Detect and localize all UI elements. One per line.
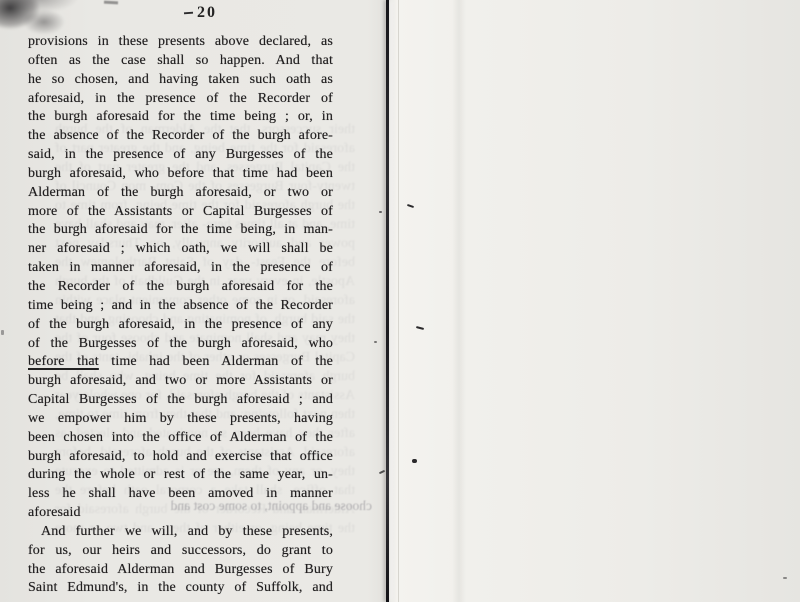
text-line: for us, our heirs and successors, do gra… (28, 542, 333, 561)
left-page: 20 their successors, that the Alderman o… (0, 0, 389, 602)
text-line: And further we will, and by these presen… (28, 523, 333, 542)
text-line: provisions in these presents above decla… (28, 33, 333, 52)
text-line: of the burgh aforesaid, in the presence … (28, 316, 333, 335)
page-gutter-shadow (386, 0, 389, 602)
text-line: the burgh aforesaid for the time being ;… (28, 108, 333, 127)
text-line: of the Burgesses of the burgh aforesaid,… (28, 335, 333, 354)
right-page: 21 provisions in these presents above de… (391, 0, 800, 602)
text-line: before that time had been Alderman of th… (28, 353, 333, 372)
text-line: burgh aforesaid, to hold and exercise th… (28, 448, 333, 467)
text-line: Alderman of the burgh aforesaid, or two … (28, 184, 333, 203)
text-line: burgh aforesaid, and two or more Assista… (28, 372, 333, 391)
text-line: we empower him by these presents, having (28, 410, 333, 429)
text-line: during the whole or rest of the same yea… (28, 466, 333, 485)
text-line: he so chosen, and having taken such oath… (28, 71, 333, 90)
text-line: been chosen into the office of Alderman … (28, 429, 333, 448)
text-line: less he shall have been amoved in manner (28, 485, 333, 504)
text-line: burgh aforesaid, who before that time ha… (28, 165, 333, 184)
text-line: Capital Burgesses of the burgh aforesaid… (28, 391, 333, 410)
text-line: said, in the presence of any Burgesses o… (28, 146, 333, 165)
text-line: the Recorder of the burgh aforesaid for … (28, 278, 333, 297)
text-line: ner aforesaid ; which oath, we will shal… (28, 240, 333, 259)
text-line: often as the case shall so happen. And t… (28, 52, 333, 71)
text-line: time being ; and in the absence of the R… (28, 297, 333, 316)
text-line: aforesaid (28, 504, 333, 523)
text-line: aforesaid, in the presence of the Record… (28, 90, 333, 109)
text-line: the absence of the Recorder of the burgh… (28, 127, 333, 146)
text-line: the burgh aforesaid for the time being, … (28, 221, 333, 240)
text-line: the aforesaid Alderman and Burgesses of … (28, 561, 333, 580)
text-line: taken in manner aforesaid, in the presen… (28, 259, 333, 278)
text-line: Saint Edmund's, in the county of Suffolk… (28, 579, 333, 598)
text-line: more of the Assistants or Capital Burges… (28, 203, 333, 222)
left-page-text-column: provisions in these presents above decla… (28, 33, 333, 598)
scanned-book-spread: 20 their successors, that the Alderman o… (0, 0, 800, 602)
page-number-left: 20 (197, 4, 217, 22)
